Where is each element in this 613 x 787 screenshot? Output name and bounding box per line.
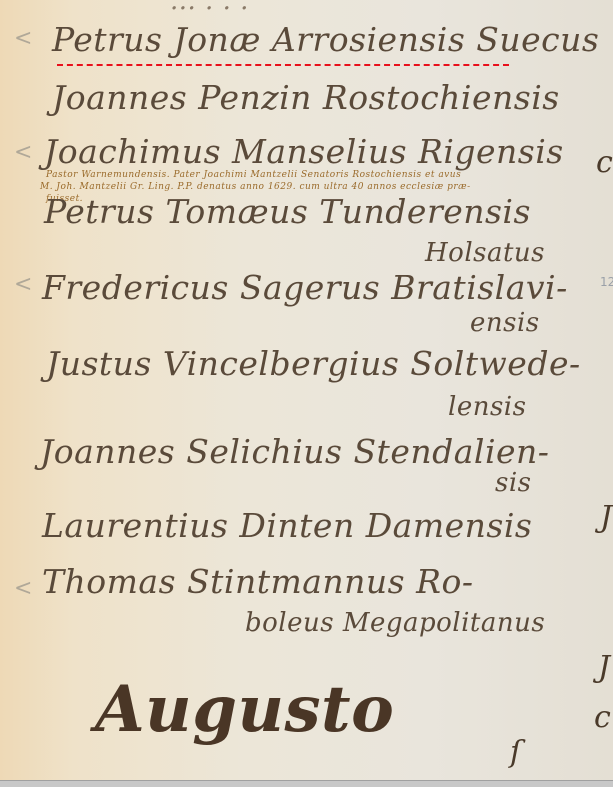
entry-4-continuation: Holsatus xyxy=(425,238,545,268)
entry-6-continuation: lensis xyxy=(448,392,526,422)
flourish-glyph: ſ xyxy=(510,735,521,770)
margin-mark: < xyxy=(14,576,32,601)
entry-2: Joannes Penzin Rostochiensis xyxy=(52,78,560,117)
entry-4: Petrus Tomæus Tunderensis xyxy=(44,192,531,231)
entry-9: Thomas Stintmannus Ro- xyxy=(42,562,473,601)
margin-mark: < xyxy=(14,140,32,165)
margin-mark: < xyxy=(14,272,32,297)
annotation-line-1: Pastor Warnemundensis. Pater Joachimi Ma… xyxy=(46,170,461,180)
entry-9-continuation: boleus Megapolitanus xyxy=(245,608,545,638)
right-edge-glyph: J xyxy=(598,650,610,685)
right-edge-glyph: c xyxy=(594,700,611,735)
entry-6: Justus Vincelbergius Soltwede- xyxy=(46,344,581,383)
entry-3: Joachimus Manselius Rigensis xyxy=(44,132,564,171)
viewer-bottom-edge xyxy=(0,780,613,787)
annotation-line-2: M. Joh. Mantzelii Gr. Ling. P.P. denatus… xyxy=(40,182,471,192)
entry-7: Joannes Selichius Stendalien- xyxy=(40,432,549,471)
entry-5: Fredericus Sagerus Bratislavi- xyxy=(42,268,568,307)
section-heading-month: Augusto xyxy=(95,672,394,747)
top-fragment: ... . . . xyxy=(170,0,249,16)
pencil-margin-number: 120 xyxy=(600,275,613,289)
manuscript-page: ... . . . < Petrus Jonæ Arrosiensis Suec… xyxy=(0,0,613,780)
right-edge-glyph: J xyxy=(600,500,612,535)
entry-8: Laurentius Dinten Damensis xyxy=(42,506,532,545)
entry-1: Petrus Jonæ Arrosiensis Suecus xyxy=(52,20,599,59)
entry-5-continuation: ensis xyxy=(470,308,540,338)
entry-7-continuation: sis xyxy=(495,468,532,498)
right-edge-glyph: c xyxy=(596,145,613,180)
red-dashed-overlay-line xyxy=(57,64,509,66)
margin-mark: < xyxy=(14,26,32,51)
